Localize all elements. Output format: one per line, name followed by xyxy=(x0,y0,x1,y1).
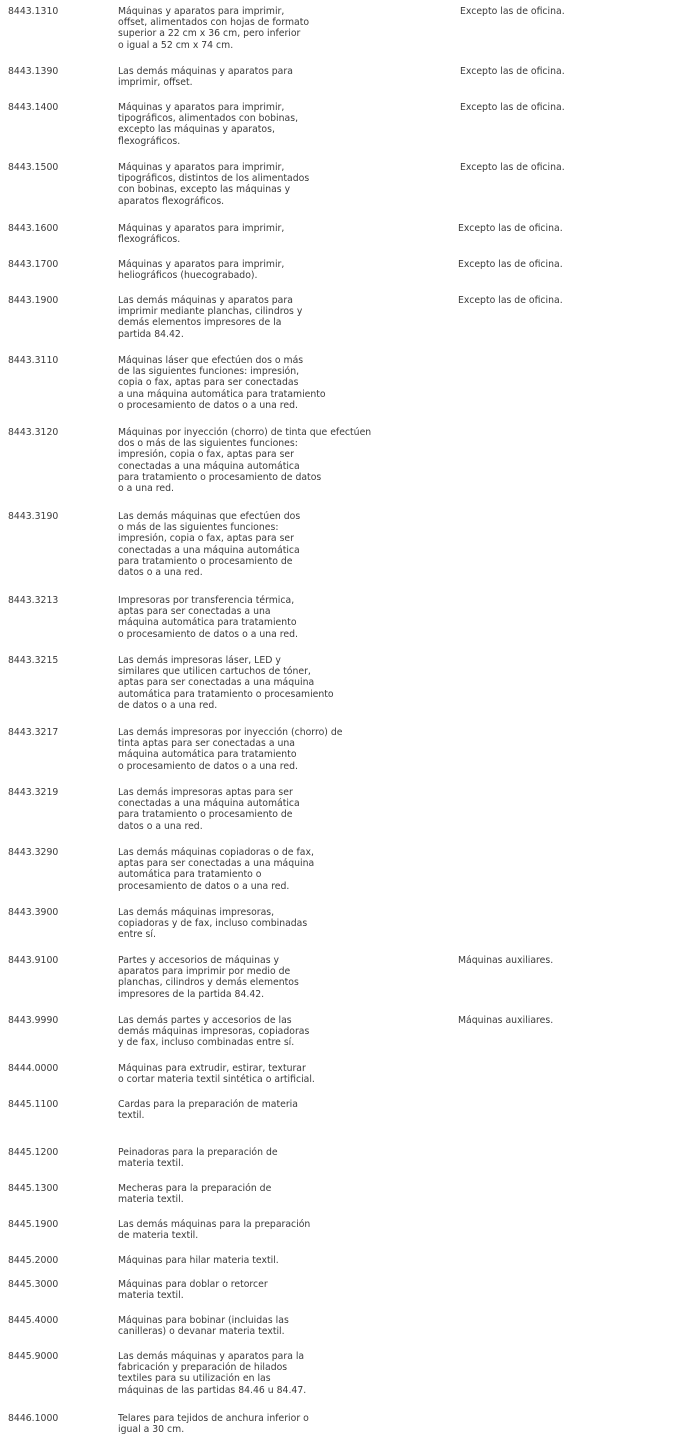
tariff-description: Las demás máquinas impresoras, copiadora… xyxy=(118,907,307,941)
tariff-description: Las demás impresoras láser, LED y simila… xyxy=(118,655,334,711)
tariff-code: 8445.1200 xyxy=(8,1147,58,1158)
tariff-description: Mecheras para la preparación de materia … xyxy=(118,1183,271,1205)
tariff-description: Telares para tejidos de anchura inferior… xyxy=(118,1413,309,1435)
tariff-code: 8443.3217 xyxy=(8,727,58,738)
tariff-code: 8443.1400 xyxy=(8,102,58,113)
tariff-code: 8445.1100 xyxy=(8,1099,58,1110)
tariff-note: Máquinas auxiliares. xyxy=(458,955,553,966)
tariff-note: Excepto las de oficina. xyxy=(460,66,565,77)
tariff-description: Las demás máquinas que efectúen dos o má… xyxy=(118,511,300,578)
tariff-code: 8443.3290 xyxy=(8,847,58,858)
tariff-code: 8444.0000 xyxy=(8,1063,58,1074)
tariff-note: Excepto las de oficina. xyxy=(458,223,563,234)
tariff-code: 8443.3190 xyxy=(8,511,58,522)
tariff-description: Máquinas y aparatos para imprimir, helio… xyxy=(118,259,284,281)
tariff-code: 8446.1000 xyxy=(8,1413,58,1424)
tariff-description: Impresoras por transferencia térmica, ap… xyxy=(118,595,298,640)
tariff-description: Máquinas y aparatos para imprimir, offse… xyxy=(118,6,309,51)
tariff-code: 8443.3219 xyxy=(8,787,58,798)
tariff-description: Las demás partes y accesorios de las dem… xyxy=(118,1015,309,1049)
tariff-code: 8443.9990 xyxy=(8,1015,58,1026)
tariff-description: Máquinas y aparatos para imprimir, tipog… xyxy=(118,102,298,147)
tariff-description: Las demás máquinas para la preparación d… xyxy=(118,1219,310,1241)
tariff-description: Máquinas y aparatos para imprimir, flexo… xyxy=(118,223,284,245)
tariff-note: Excepto las de oficina. xyxy=(458,259,563,270)
tariff-description: Máquinas para bobinar (incluidas las can… xyxy=(118,1315,289,1337)
tariff-code: 8443.1310 xyxy=(8,6,58,17)
tariff-description: Las demás máquinas copiadoras o de fax, … xyxy=(118,847,314,892)
tariff-note: Excepto las de oficina. xyxy=(460,162,565,173)
tariff-code: 8443.1600 xyxy=(8,223,58,234)
tariff-note: Máquinas auxiliares. xyxy=(458,1015,553,1026)
tariff-code: 8445.3000 xyxy=(8,1279,58,1290)
tariff-code: 8443.3215 xyxy=(8,655,58,666)
tariff-description: Máquinas láser que efectúen dos o más de… xyxy=(118,355,326,411)
tariff-description: Máquinas para hilar materia textil. xyxy=(118,1255,279,1266)
tariff-code: 8443.3213 xyxy=(8,595,58,606)
tariff-description: Máquinas para extrudir, estirar, textura… xyxy=(118,1063,315,1085)
tariff-code: 8445.1300 xyxy=(8,1183,58,1194)
tariff-code: 8443.1500 xyxy=(8,162,58,173)
tariff-code: 8443.1390 xyxy=(8,66,58,77)
tariff-note: Excepto las de oficina. xyxy=(460,6,565,17)
tariff-code: 8445.9000 xyxy=(8,1351,58,1362)
tariff-note: Excepto las de oficina. xyxy=(460,102,565,113)
tariff-description: Cardas para la preparación de materia te… xyxy=(118,1099,298,1121)
tariff-description: Partes y accesorios de máquinas y aparat… xyxy=(118,955,299,1000)
tariff-description: Máquinas y aparatos para imprimir, tipog… xyxy=(118,162,309,207)
tariff-description: Peinadoras para la preparación de materi… xyxy=(118,1147,278,1169)
tariff-code: 8443.3900 xyxy=(8,907,58,918)
tariff-code: 8443.1900 xyxy=(8,295,58,306)
tariff-description: Las demás impresoras por inyección (chor… xyxy=(118,727,342,772)
tariff-description: Las demás máquinas y aparatos para impri… xyxy=(118,66,293,88)
tariff-code: 8443.9100 xyxy=(8,955,58,966)
tariff-code: 8445.1900 xyxy=(8,1219,58,1230)
tariff-note: Excepto las de oficina. xyxy=(458,295,563,306)
tariff-code: 8443.3110 xyxy=(8,355,58,366)
tariff-code: 8445.4000 xyxy=(8,1315,58,1326)
tariff-description: Máquinas por inyección (chorro) de tinta… xyxy=(118,427,371,494)
tariff-code: 8443.1700 xyxy=(8,259,58,270)
tariff-description: Las demás máquinas y aparatos para la fa… xyxy=(118,1351,306,1396)
tariff-code: 8445.2000 xyxy=(8,1255,58,1266)
tariff-description: Las demás máquinas y aparatos para impri… xyxy=(118,295,302,340)
tariff-description: Las demás impresoras aptas para ser cone… xyxy=(118,787,300,832)
tariff-code: 8443.3120 xyxy=(8,427,58,438)
tariff-description: Máquinas para doblar o retorcer materia … xyxy=(118,1279,268,1301)
